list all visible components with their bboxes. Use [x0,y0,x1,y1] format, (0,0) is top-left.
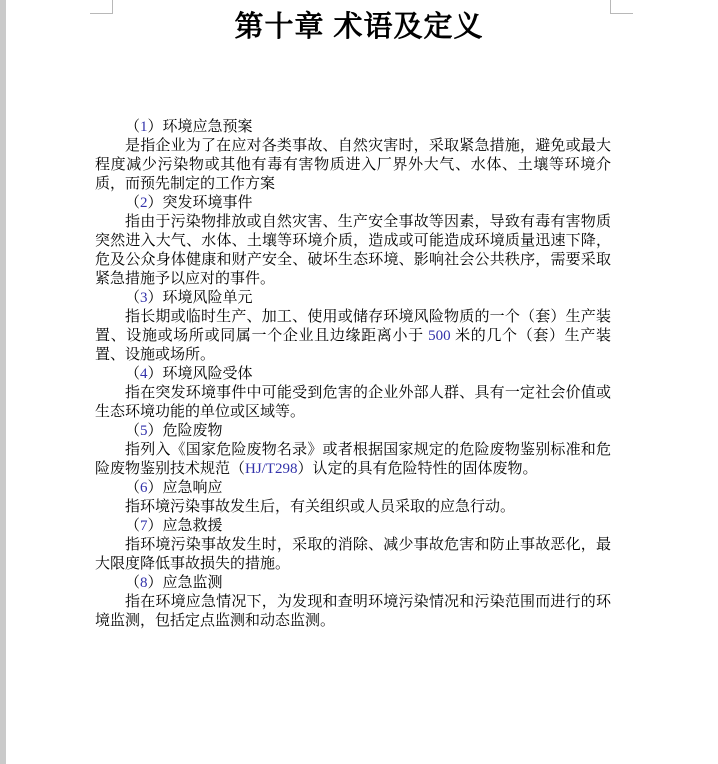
window-edge-strip [0,0,6,764]
definition-term-line: （6）应急响应 [95,479,611,498]
definition-term-line: （8）应急监测 [95,574,611,593]
definition-label: （8） [125,575,163,591]
definition-label: （5） [125,423,163,439]
definition-body: 指在突发环境事件中可能受到危害的企业外部人群、具有一定社会价值或生态环境功能的单… [95,384,611,422]
document-page: 第十章 术语及定义 （1）环境应急预案 是指企业为了在应对各类事故、自然灾害时，… [0,0,718,764]
definition-term: 突发环境事件 [163,195,253,211]
definition-body: 指由于污染物排放或自然灾害、生产安全事故等因素，导致有毒有害物质突然进入大气、水… [95,213,611,289]
definition-term-line: （7）应急救援 [95,517,611,536]
definitions-list: （1）环境应急预案 是指企业为了在应对各类事故、自然灾害时，采取紧急措施，避免或… [95,118,611,631]
definition-term: 应急救援 [163,518,223,534]
definition-term: 环境风险单元 [163,290,253,306]
definition-body: 指环境污染事故发生时，采取的消除、减少事故危害和防止事故恶化，最大限度降低事故损… [95,536,611,574]
definition-body: 指列入《国家危险废物名录》或者根据国家规定的危险废物鉴别标准和危险废物鉴别技术规… [95,441,611,479]
definition-label: （3） [125,290,163,306]
definition-body: 是指企业为了在应对各类事故、自然灾害时，采取紧急措施，避免或最大程度减少污染物或… [95,137,611,194]
definition-term: 环境风险受体 [163,366,253,382]
definition-label: （6） [125,480,163,496]
definition-term-line: （2）突发环境事件 [95,194,611,213]
definition-term: 环境应急预案 [163,119,253,135]
definition-label: （1） [125,119,163,135]
definition-term-line: （4）环境风险受体 [95,365,611,384]
definition-label: （4） [125,366,163,382]
definition-term: 应急响应 [163,480,223,496]
definition-term-line: （5）危险废物 [95,422,611,441]
definition-body: 指长期或临时生产、加工、使用或储存环境风险物质的一个（套）生产装置、设施或场所或… [95,308,611,365]
definition-label: （7） [125,518,163,534]
definition-label: （2） [125,195,163,211]
chapter-title: 第十章 术语及定义 [0,10,718,44]
definition-body: 指在环境应急情况下，为发现和查明环境污染情况和污染范围而进行的环境监测，包括定点… [95,593,611,631]
definition-body: 指环境污染事故发生后，有关组织或人员采取的应急行动。 [95,498,611,517]
definition-term-line: （1）环境应急预案 [95,118,611,137]
definition-term: 危险废物 [163,423,223,439]
definition-term: 应急监测 [163,575,223,591]
definition-term-line: （3）环境风险单元 [95,289,611,308]
